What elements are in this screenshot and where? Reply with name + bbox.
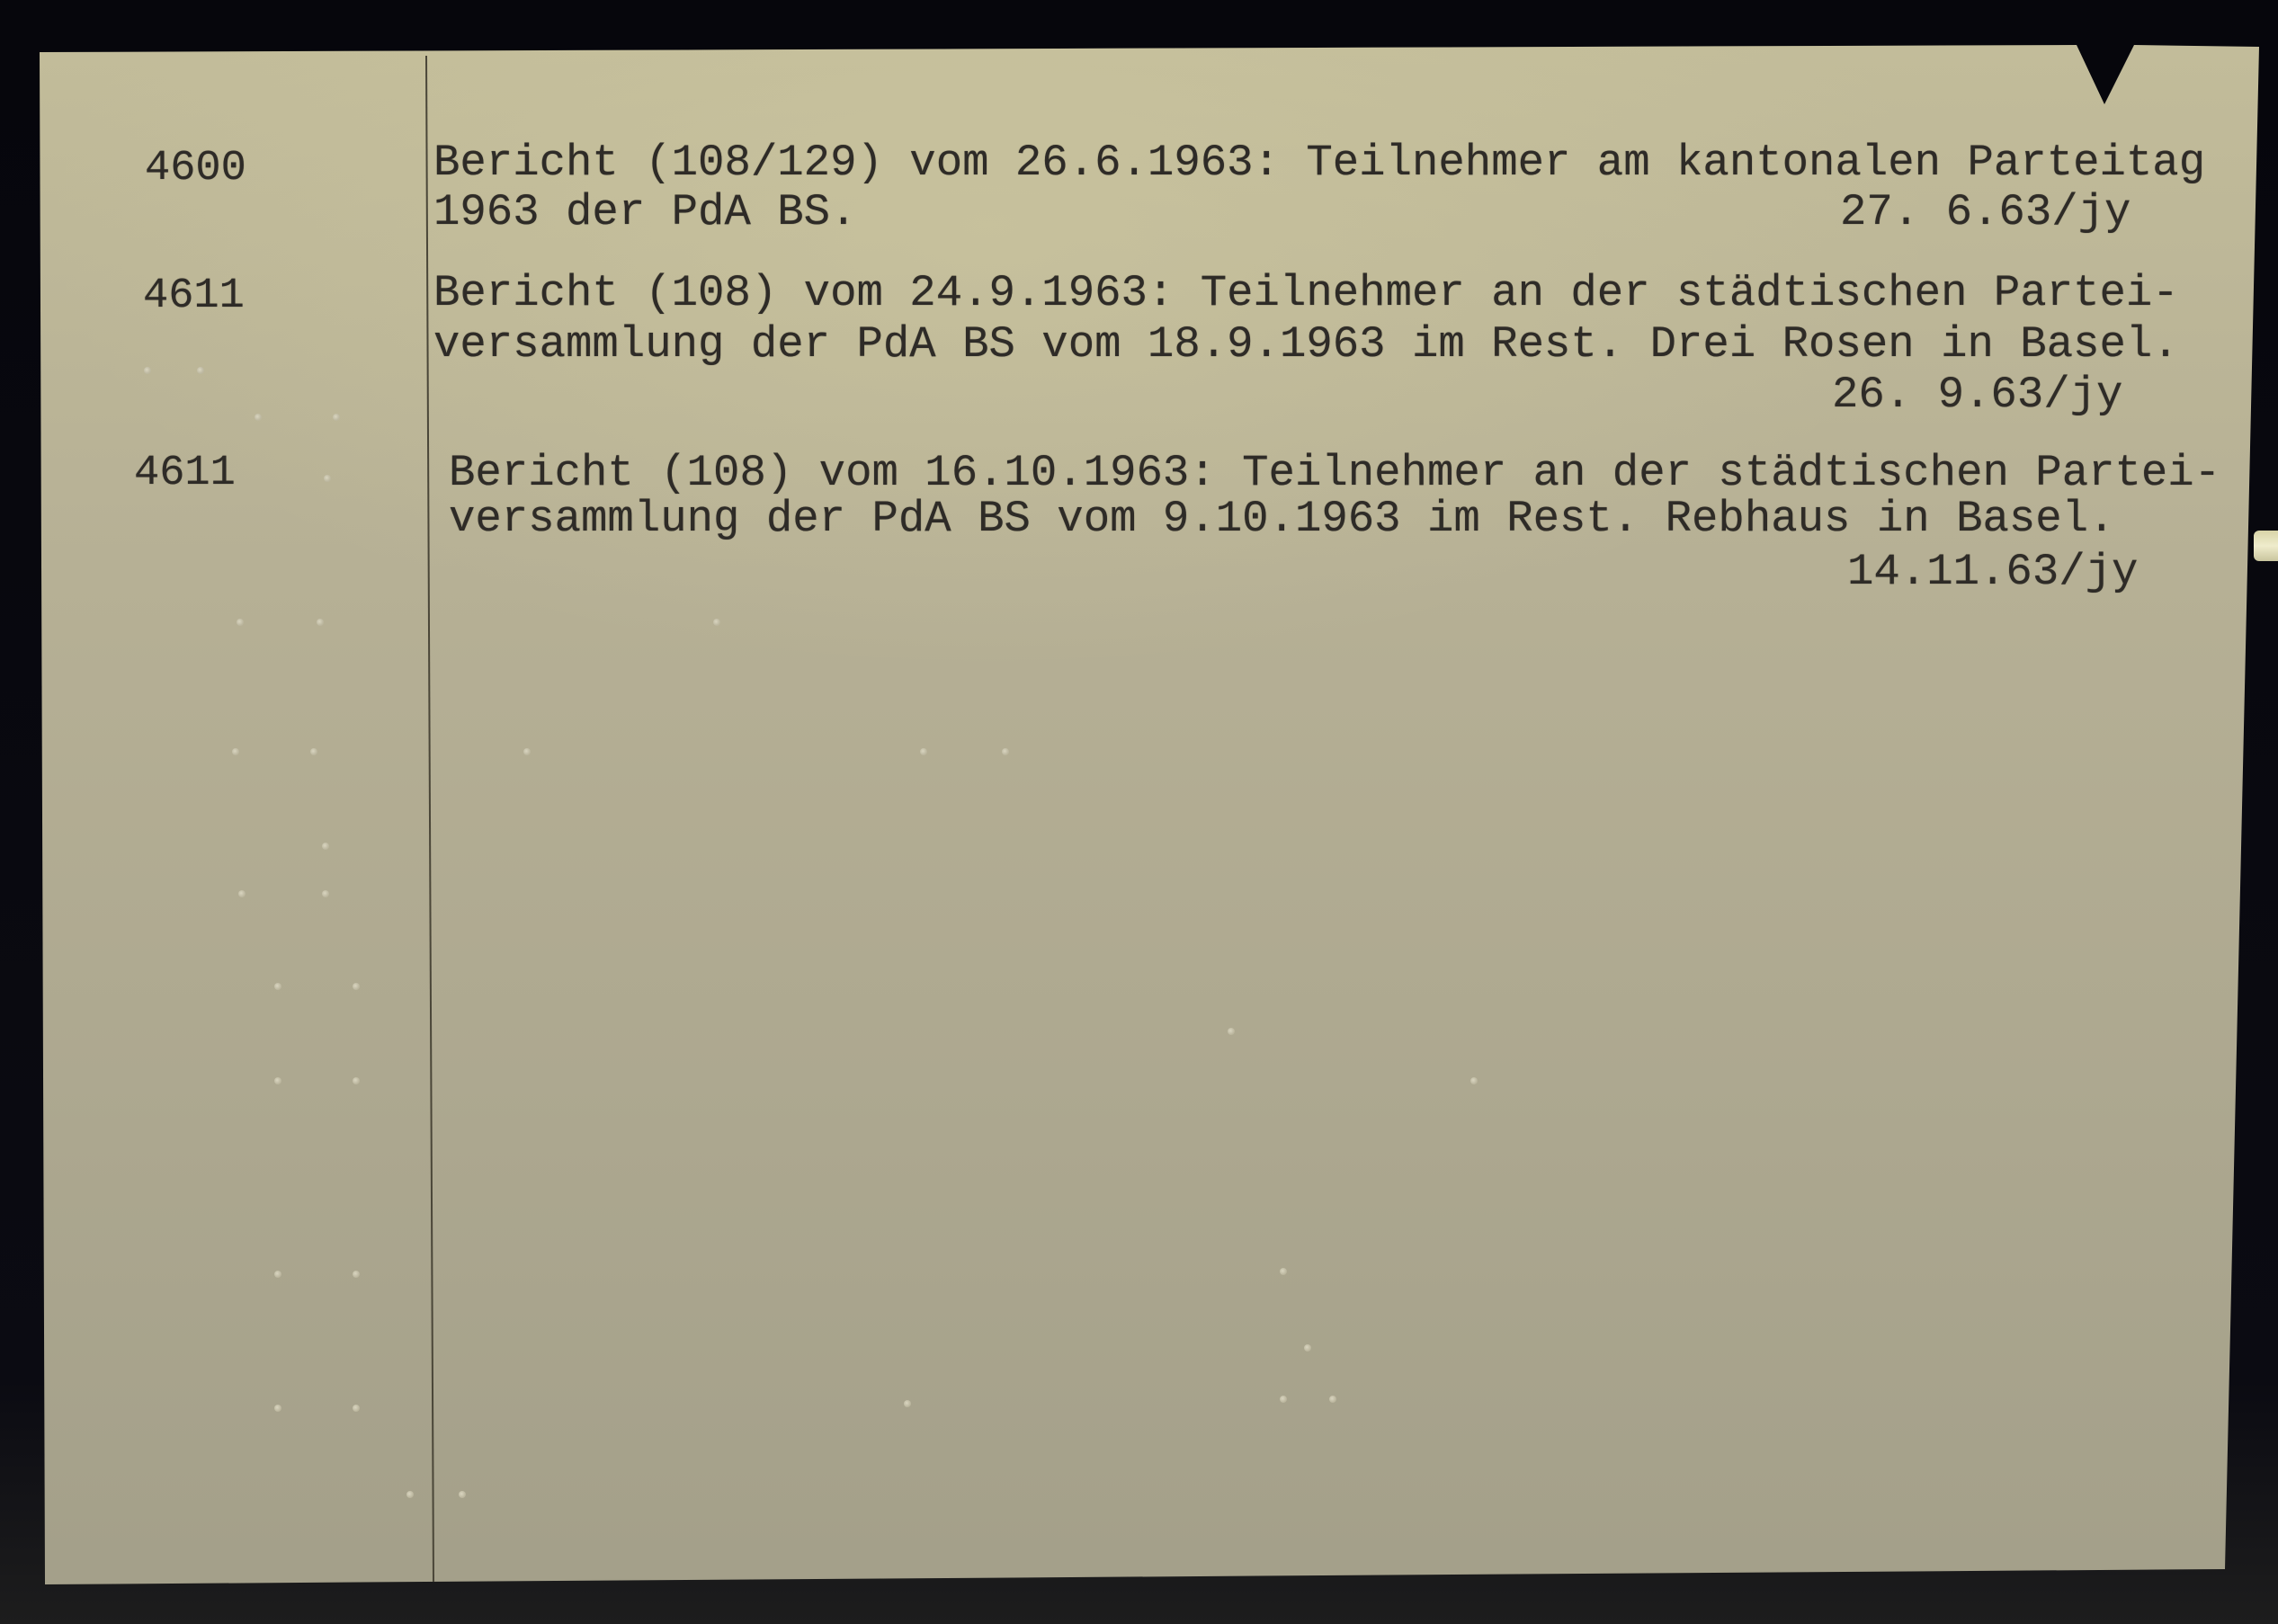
entry-date-stamp: 26. 9.63/jy bbox=[1832, 370, 2122, 420]
perforation-dot bbox=[317, 619, 324, 626]
perforation-dot bbox=[238, 890, 246, 897]
entry-text-line: 1963 der PdA BS. bbox=[433, 187, 856, 237]
perforation-dot bbox=[406, 1491, 414, 1498]
perforation-dot bbox=[237, 619, 244, 626]
entry-text-line: versammlung der PdA BS vom 18.9.1963 im … bbox=[433, 319, 2179, 370]
entry-date-stamp: 14.11.63/jy bbox=[1847, 547, 2138, 597]
perforation-dot bbox=[353, 1077, 360, 1084]
perforation-dot bbox=[310, 748, 317, 755]
entry-number: 4611 bbox=[143, 272, 245, 322]
perforation-dot bbox=[920, 748, 927, 755]
perforation-dot bbox=[353, 983, 360, 990]
entry-number: 4600 bbox=[145, 144, 246, 194]
perforation-dot bbox=[197, 367, 204, 374]
perforation-dot bbox=[353, 1271, 360, 1278]
perforation-dot bbox=[1304, 1344, 1311, 1352]
entry-text-line: Bericht (108/129) vom 26.6.1963: Teilneh… bbox=[433, 138, 2205, 188]
perforation-dot bbox=[1002, 748, 1009, 755]
index-card: 4600 Bericht (108/129) vom 26.6.1963: Te… bbox=[0, 0, 2278, 1624]
entry-number: 4611 bbox=[134, 449, 236, 499]
perforation-dot bbox=[1280, 1396, 1287, 1403]
perforation-dot bbox=[274, 983, 281, 990]
perforation-dot bbox=[322, 843, 329, 850]
perforation-dot bbox=[904, 1400, 911, 1407]
perforation-dot bbox=[459, 1491, 466, 1498]
entry-text-line: versammlung der PdA BS vom 9.10.1963 im … bbox=[449, 494, 2115, 544]
perforation-dot bbox=[274, 1077, 281, 1084]
perforation-dot bbox=[713, 619, 720, 626]
perforation-dot bbox=[322, 890, 329, 897]
perforation-dot bbox=[232, 748, 239, 755]
entry-text-line: Bericht (108) vom 16.10.1963: Teilnehmer… bbox=[449, 448, 2220, 498]
perforation-dot bbox=[274, 1405, 281, 1412]
perforation-dot bbox=[1228, 1028, 1235, 1035]
perforation-dot bbox=[333, 414, 340, 421]
perforation-dot bbox=[353, 1405, 360, 1412]
entry-date-stamp: 27. 6.63/jy bbox=[1840, 187, 2131, 237]
perforation-dot bbox=[1329, 1396, 1336, 1403]
perforation-dot bbox=[1470, 1077, 1478, 1084]
card-divider-tab-edge bbox=[2254, 531, 2278, 561]
entry-text-line: Bericht (108) vom 24.9.1963: Teilnehmer … bbox=[433, 268, 2179, 318]
perforation-dot bbox=[523, 748, 531, 755]
perforation-dot bbox=[324, 475, 331, 482]
perforation-dot bbox=[144, 367, 151, 374]
scanned-index-card-photo: 4600 Bericht (108/129) vom 26.6.1963: Te… bbox=[0, 0, 2278, 1624]
perforation-dot bbox=[1280, 1268, 1287, 1275]
perforation-dot bbox=[274, 1271, 281, 1278]
perforation-dot bbox=[255, 414, 262, 421]
